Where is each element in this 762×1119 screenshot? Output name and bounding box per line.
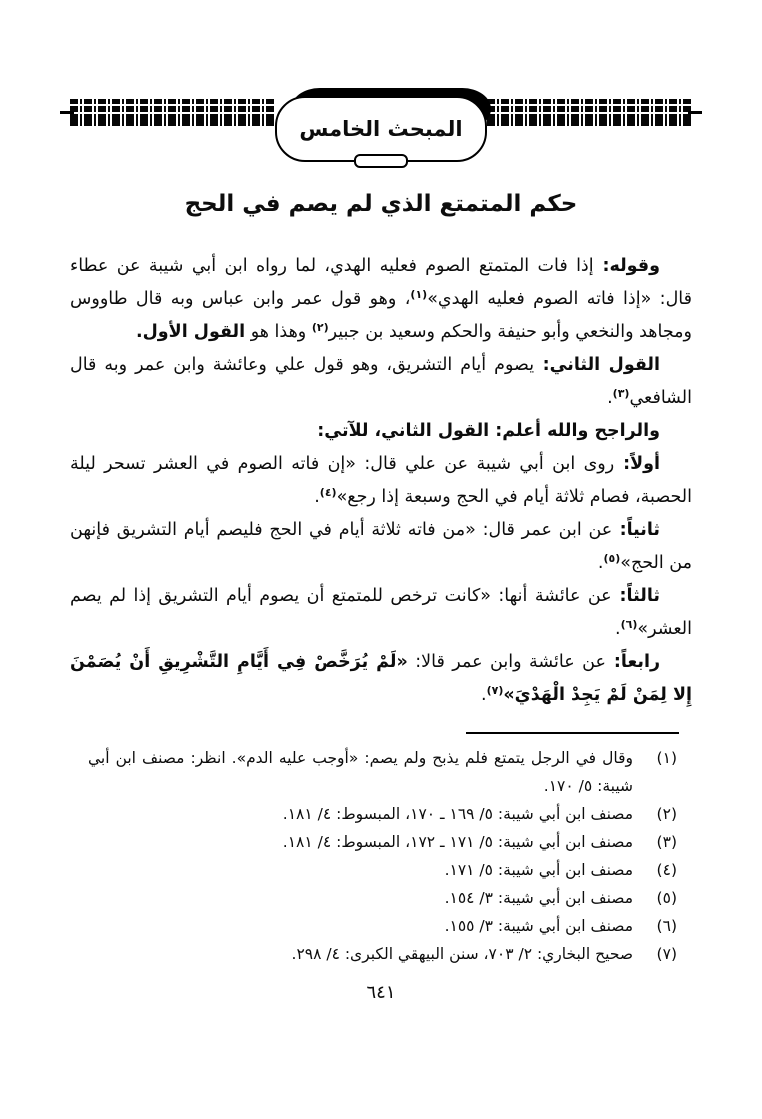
footnote-ref: (٦) (621, 618, 638, 631)
chapter-cartouche: المبحث الخامس (275, 88, 487, 166)
body-text: وقوله: إذا فات المتمتع الصوم فعليه الهدي… (70, 250, 692, 712)
footnote-item: (٧)صحيح البخاري: ٢/ ٧٠٣، سنن البيهقي الك… (88, 940, 679, 968)
text-segment: روى ابن أبي شيبة عن علي قال: «إن فاته ال… (70, 454, 692, 507)
footnote-ref: (٢) (312, 321, 329, 334)
chapter-label: المبحث الخامس (299, 117, 462, 141)
footnote-ref: (٣) (613, 387, 630, 400)
footnote-marker: (٥) (657, 884, 677, 912)
paragraph: وقوله: إذا فات المتمتع الصوم فعليه الهدي… (70, 250, 692, 349)
footnote-text: مصنف ابن أبي شيبة: ٥/ ١٧١. (445, 861, 633, 879)
paragraph: والراجح والله أعلم: القول الثاني، للآتي: (70, 415, 692, 448)
text-segment: القول الأول. (136, 322, 245, 342)
paragraph: رابعاً: عن عائشة وابن عمر قالا: «لَمْ يُ… (70, 646, 692, 712)
footnote-text: صحيح البخاري: ٢/ ٧٠٣، سنن البيهقي الكبرى… (292, 945, 634, 963)
footnote-marker: (٣) (657, 828, 677, 856)
footnote-marker: (٦) (657, 912, 677, 940)
text-segment: وقوله: (594, 256, 660, 276)
paragraph: القول الثاني: يصوم أيام التشريق، وهو قول… (70, 349, 692, 415)
text-segment: رابعاً: (606, 652, 660, 672)
footnote-text: مصنف ابن أبي شيبة: ٣/ ١٥٥. (445, 917, 633, 935)
text-segment: عن عائشة وابن عمر قالا: (408, 652, 606, 672)
footnote-marker: (٢) (657, 800, 677, 828)
cartouche-body: المبحث الخامس (275, 96, 487, 162)
text-segment: أولاً: (614, 454, 660, 474)
footnote-separator (466, 732, 679, 734)
paragraph: ثالثاً: عن عائشة أنها: «كانت ترخص للمتمت… (70, 580, 692, 646)
footnote-item: (١)وقال في الرجل يتمتع فلم يذبح ولم يصم:… (88, 744, 679, 800)
footnote-ref: (١) (410, 288, 427, 301)
footnote-item: (٣)مصنف ابن أبي شيبة: ٥/ ١٧١ ـ ١٧٢، المب… (88, 828, 679, 856)
footnote-ref: (٧) (487, 684, 504, 697)
cartouche-tab-icon (354, 154, 408, 168)
footnote-item: (٤)مصنف ابن أبي شيبة: ٥/ ١٧١. (88, 856, 679, 884)
footnote-text: مصنف ابن أبي شيبة: ٣/ ١٥٤. (445, 889, 633, 907)
ornament-band-left-icon (70, 99, 275, 126)
footnote-text: وقال في الرجل يتمتع فلم يذبح ولم يصم: «أ… (88, 749, 633, 795)
text-segment: عن عائشة أنها: «كانت ترخص للمتمتع أن يصو… (70, 586, 692, 639)
page-title: حكم المتمتع الذي لم يصم في الحج (70, 184, 692, 224)
footnote-item: (٢)مصنف ابن أبي شيبة: ٥/ ١٦٩ ـ ١٧٠، المب… (88, 800, 679, 828)
paragraph: أولاً: روى ابن أبي شيبة عن علي قال: «إن … (70, 448, 692, 514)
footnote-text: مصنف ابن أبي شيبة: ٥/ ١٦٩ ـ ١٧٠، المبسوط… (283, 805, 633, 823)
footnotes-section: (١)وقال في الرجل يتمتع فلم يذبح ولم يصم:… (88, 732, 679, 968)
footnote-marker: (٤) (657, 856, 677, 884)
chapter-header-ornament: المبحث الخامس (70, 88, 692, 168)
book-page: المبحث الخامس حكم المتمتع الذي لم يصم في… (0, 0, 762, 1119)
footnote-item: (٦)مصنف ابن أبي شيبة: ٣/ ١٥٥. (88, 912, 679, 940)
footnote-text: مصنف ابن أبي شيبة: ٥/ ١٧١ ـ ١٧٢، المبسوط… (283, 833, 633, 851)
paragraph: ثانياً: عن ابن عمر قال: «من فاته ثلاثة أ… (70, 514, 692, 580)
ornament-band-right-icon (487, 99, 692, 126)
footnote-list: (١)وقال في الرجل يتمتع فلم يذبح ولم يصم:… (88, 744, 679, 968)
footnote-marker: (٧) (657, 940, 677, 968)
text-segment: ثالثاً: (612, 586, 660, 606)
page-number: ٦٤١ (70, 982, 692, 1003)
text-segment: والراجح والله أعلم: القول الثاني، للآتي: (317, 421, 660, 441)
text-segment: ثانياً: (612, 520, 660, 540)
footnote-item: (٥)مصنف ابن أبي شيبة: ٣/ ١٥٤. (88, 884, 679, 912)
footnote-marker: (١) (657, 744, 677, 772)
text-segment: وهذا هو (245, 322, 312, 342)
footnote-ref: (٤) (320, 486, 337, 499)
text-segment: القول الثاني: (534, 355, 660, 375)
footnote-ref: (٥) (603, 552, 620, 565)
